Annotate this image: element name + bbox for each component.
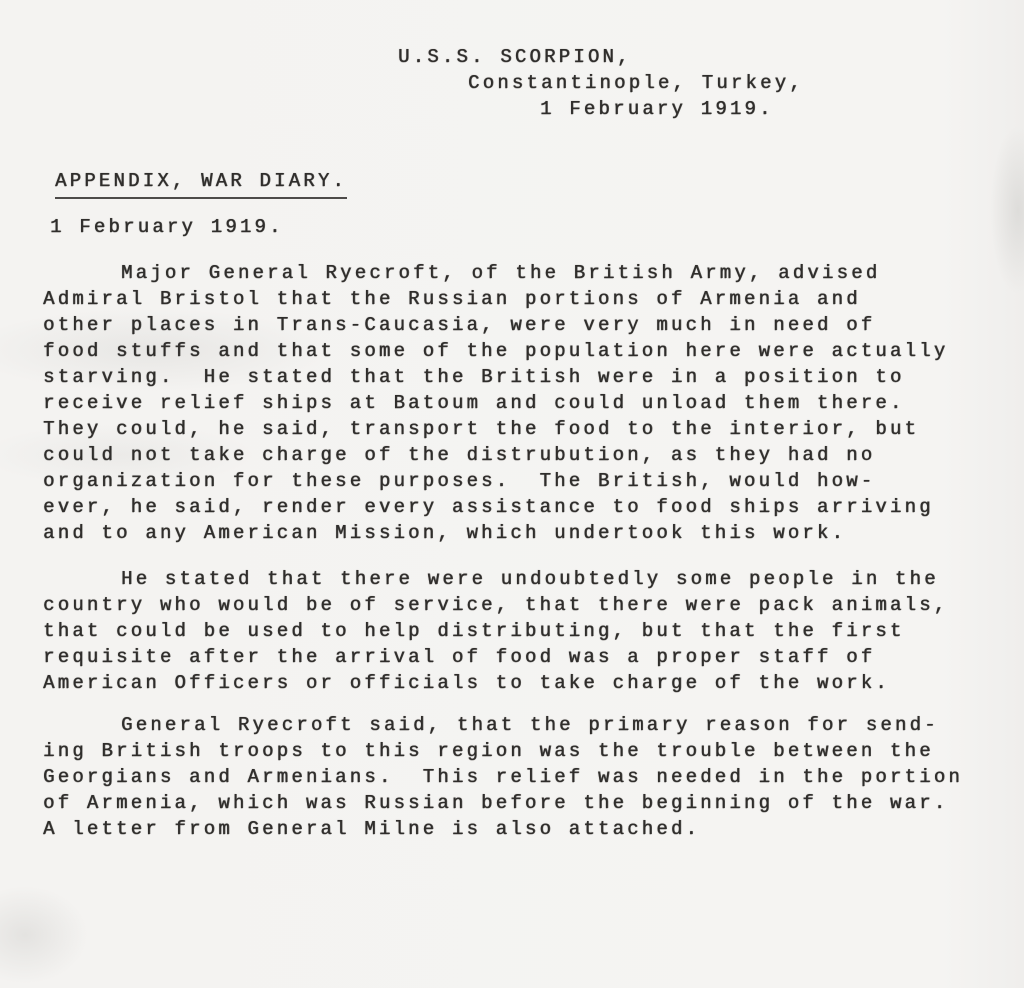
text-line: A letter from General Milne is also atta… bbox=[43, 816, 1003, 842]
text-line: General Ryecroft said, that the primary … bbox=[43, 712, 1003, 738]
paragraph-3: General Ryecroft said, that the primary … bbox=[43, 712, 1003, 842]
text-line: of Armenia, which was Russian before the… bbox=[43, 790, 1003, 816]
ship-name-line: U.S.S. SCORPION, bbox=[398, 44, 632, 70]
document-page: U.S.S. SCORPION, Constantinople, Turkey,… bbox=[0, 0, 1024, 988]
text-line: and to any American Mission, which under… bbox=[43, 520, 1003, 546]
appendix-war-diary-heading: APPENDIX, WAR DIARY. bbox=[55, 168, 347, 199]
text-line: other places in Trans-Caucasia, were ver… bbox=[43, 312, 1003, 338]
text-line: Admiral Bristol that the Russian portion… bbox=[43, 286, 1003, 312]
text-line: He stated that there were undoubtedly so… bbox=[43, 566, 1003, 592]
paragraph-1: Major General Ryecroft, of the British A… bbox=[43, 260, 1003, 546]
text-line: ing British troops to this region was th… bbox=[43, 738, 1003, 764]
text-line: receive relief ships at Batoum and could… bbox=[43, 390, 1003, 416]
text-line: requisite after the arrival of food was … bbox=[43, 644, 1003, 670]
text-line: American Officers or officials to take c… bbox=[43, 670, 1003, 696]
text-line: food stuffs and that some of the populat… bbox=[43, 338, 1003, 364]
text-line: could not take charge of the distrubutio… bbox=[43, 442, 1003, 468]
paragraph-2: He stated that there were undoubtedly so… bbox=[43, 566, 1003, 696]
letterhead-date-line: 1 February 1919. bbox=[540, 96, 774, 122]
place-line: Constantinople, Turkey, bbox=[468, 70, 804, 96]
text-line: country who would be of service, that th… bbox=[43, 592, 1003, 618]
text-line: starving. He stated that the British wer… bbox=[43, 364, 1003, 390]
text-line: Major General Ryecroft, of the British A… bbox=[43, 260, 1003, 286]
text-line: ever, he said, render every assistance t… bbox=[43, 494, 1003, 520]
text-line: organization for these purposes. The Bri… bbox=[43, 468, 1003, 494]
text-line: Georgians and Armenians. This relief was… bbox=[43, 764, 1003, 790]
entry-date-line: 1 February 1919. bbox=[50, 214, 284, 240]
text-line: They could, he said, transport the food … bbox=[43, 416, 1003, 442]
text-line: that could be used to help distributing,… bbox=[43, 618, 1003, 644]
